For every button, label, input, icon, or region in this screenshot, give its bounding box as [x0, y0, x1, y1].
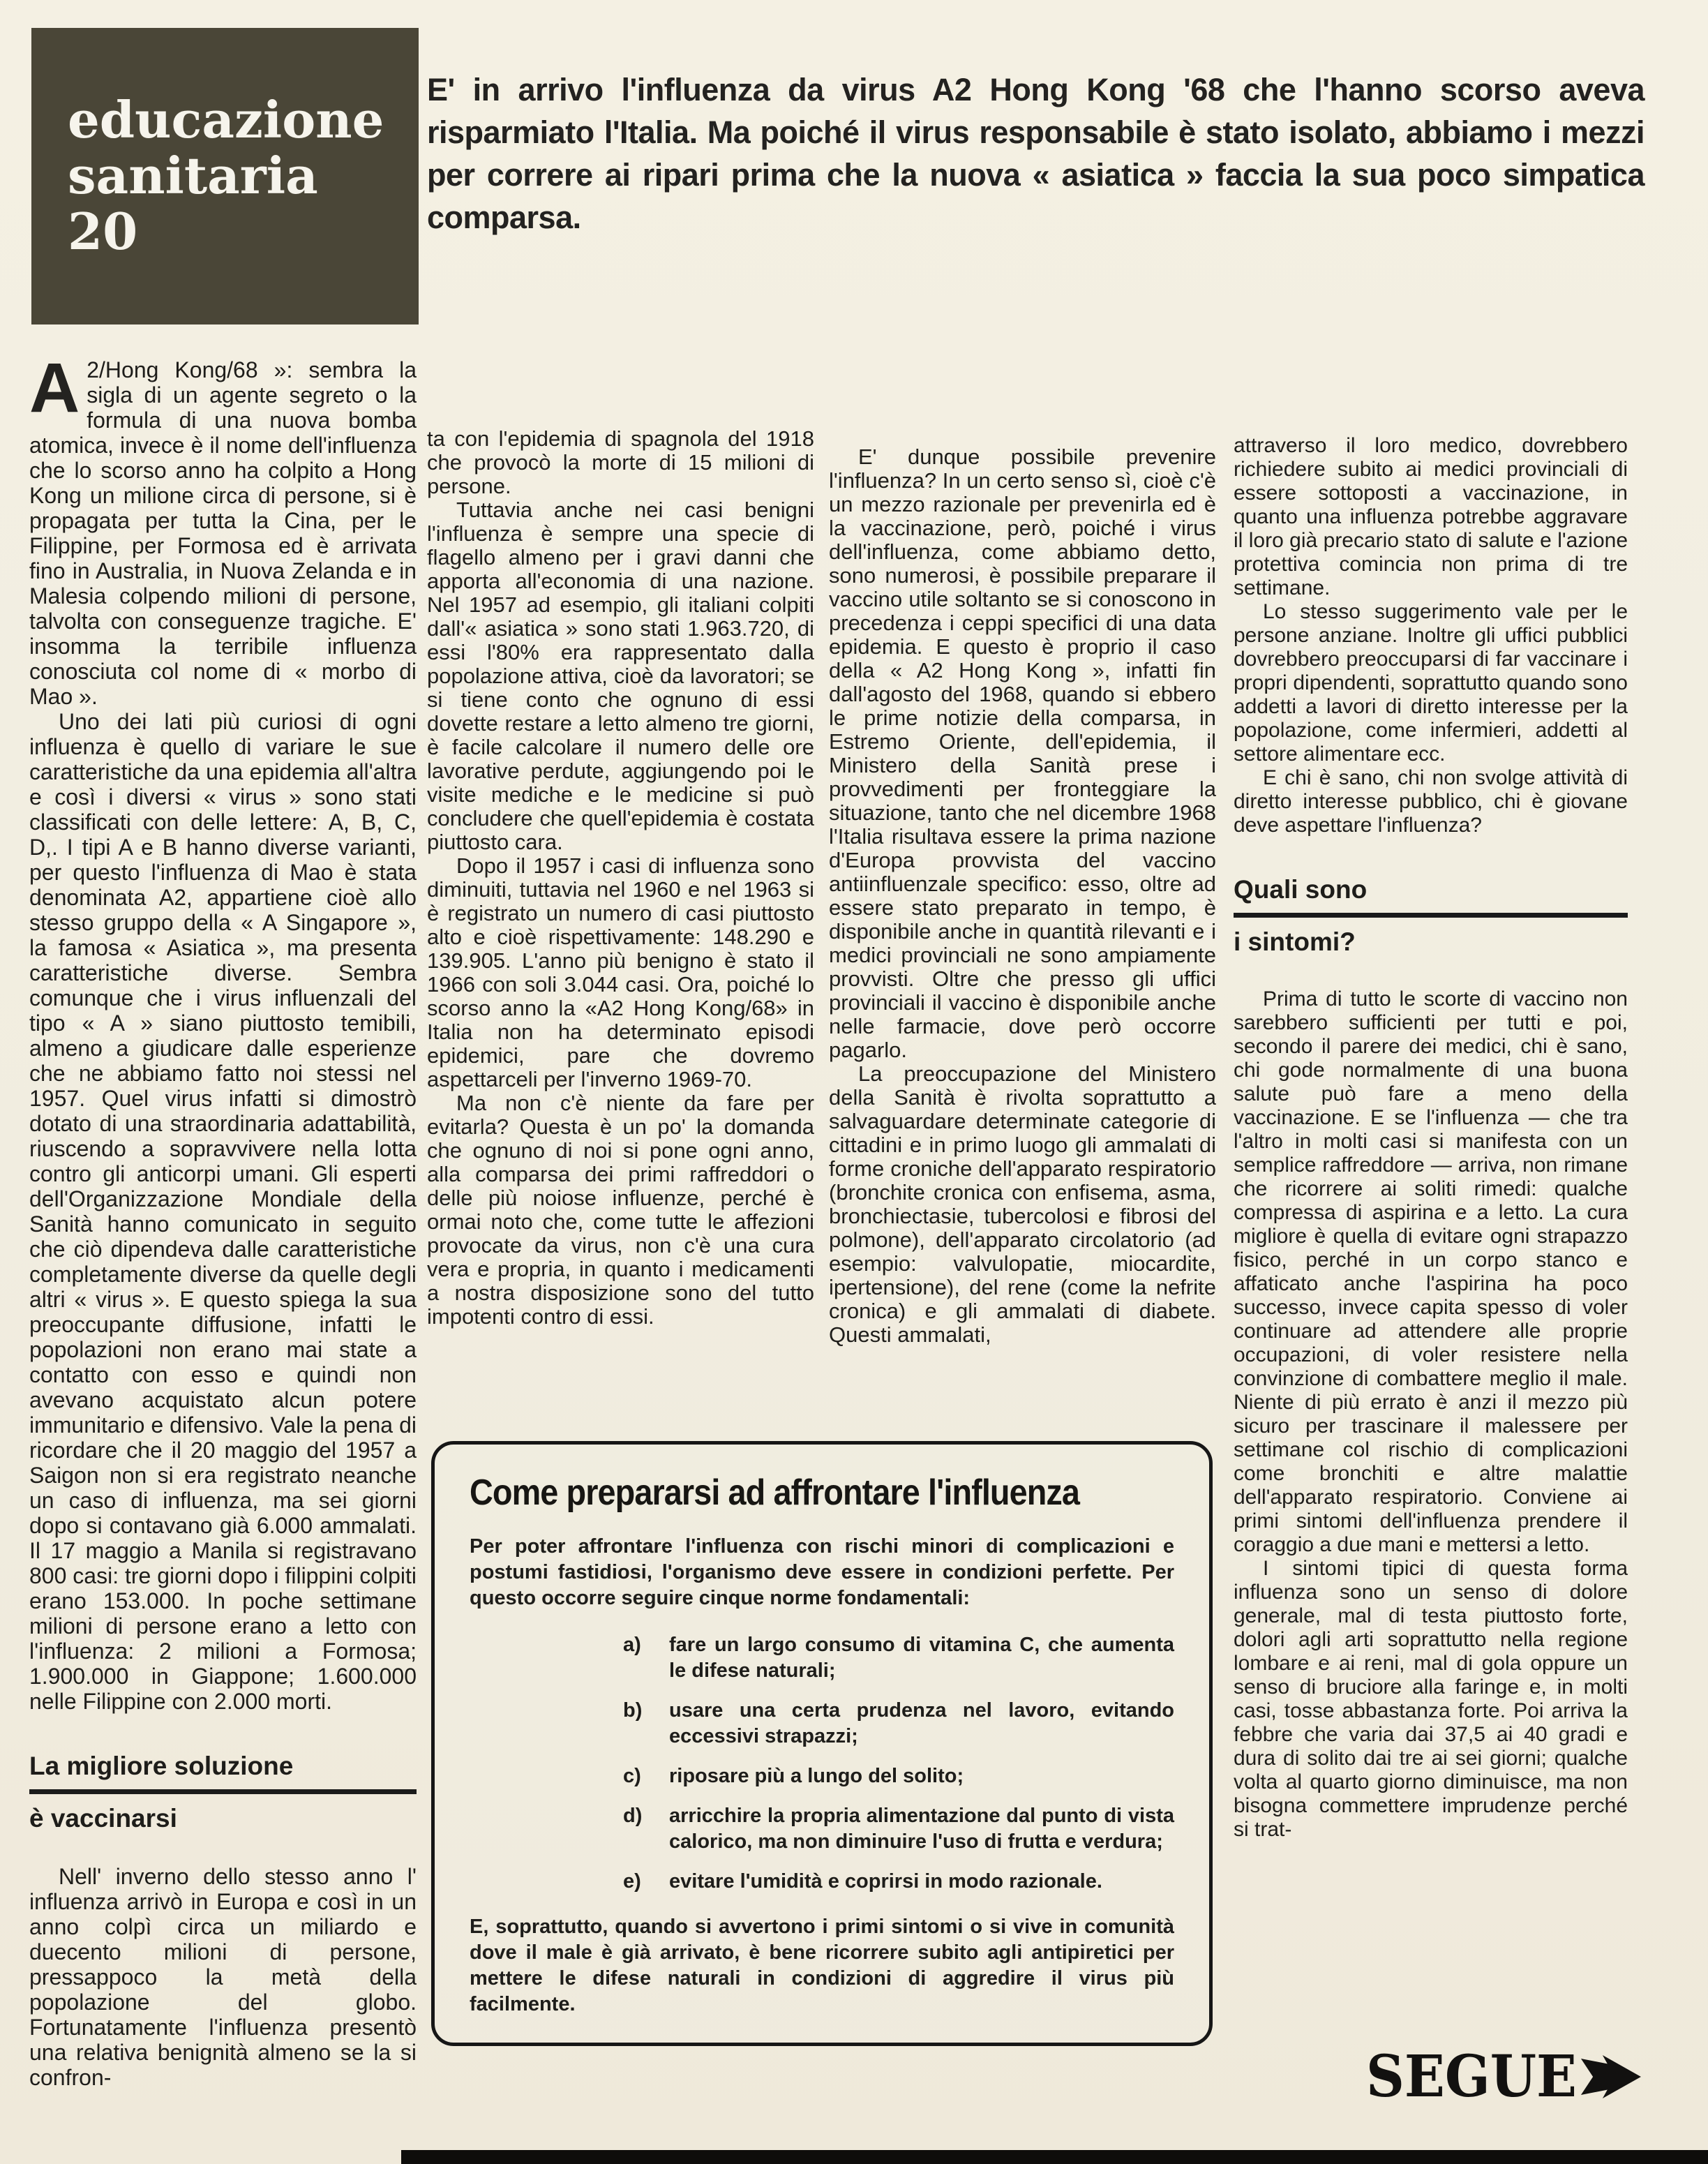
subheading-block: Quali sono i sintomi? [1234, 875, 1628, 957]
advice-box-intro: Per poter affrontare l'influenza con ris… [470, 1534, 1174, 1611]
segue-arrow-icon [1581, 2055, 1641, 2098]
paragraph: E' dunque possibile prevenire l'influenz… [829, 445, 1216, 1062]
heading-rule [29, 1789, 417, 1794]
subheading-title: Quali sono [1234, 875, 1628, 904]
list-item-label: a) [623, 1632, 669, 1684]
magazine-page: educazione sanitaria 20 E' in arrivo l'i… [0, 0, 1708, 2164]
paragraph: Tuttavia anche nei casi benigni l'influe… [427, 498, 814, 854]
subheading-subtitle: è vaccinarsi [29, 1804, 417, 1833]
paragraph: attraverso il loro medico, dovrebbero ri… [1234, 434, 1628, 600]
list-item: e) evitare l'umidità e coprirsi in modo … [623, 1869, 1174, 1895]
subheading-title: La migliore soluzione [29, 1752, 417, 1781]
paragraph: La preoccupazione del Ministero della Sa… [829, 1062, 1216, 1347]
list-item-label: b) [623, 1698, 669, 1749]
list-item-text: arricchire la propria alimentazione dal … [669, 1803, 1174, 1855]
list-item-text: riposare più a lungo del solito; [669, 1763, 1174, 1789]
advice-box: Come prepararsi ad affrontare l'influenz… [431, 1441, 1213, 2046]
paragraph: Ma non c'è niente da fare per evitarla? … [427, 1091, 814, 1329]
paragraph: E chi è sano, chi non svolge attività di… [1234, 766, 1628, 837]
list-item: d) arricchire la propria alimentazione d… [623, 1803, 1174, 1855]
paragraph: ta con l'epidemia di spagnola del 1918 c… [427, 427, 814, 498]
list-item-label: d) [623, 1803, 669, 1855]
segue-logo: SEGUE [1366, 2050, 1641, 2103]
column-3: E' dunque possibile prevenire l'influenz… [829, 445, 1216, 1347]
intro-standfirst: E' in arrivo l'influenza da virus A2 Hon… [427, 68, 1645, 239]
list-item-label: e) [623, 1869, 669, 1895]
paragraph: Nell' inverno dello stesso anno l' influ… [29, 1864, 417, 2090]
badge-line-1: educazione [68, 92, 419, 148]
paragraph: A2/Hong Kong/68 »: sembra la sigla di un… [29, 357, 417, 709]
column-4: attraverso il loro medico, dovrebbero ri… [1234, 434, 1628, 1842]
badge-number: 20 [68, 204, 419, 260]
scan-edge [401, 2150, 1708, 2164]
paragraph: Uno dei lati più curiosi di ogni influen… [29, 709, 417, 1714]
list-item-text: evitare l'umidità e coprirsi in modo raz… [669, 1869, 1174, 1895]
advice-box-closing: E, soprattutto, quando si avvertono i pr… [470, 1914, 1174, 2017]
list-item: a) fare un largo consumo di vitamina C, … [623, 1632, 1174, 1684]
badge-line-2: sanitaria [68, 148, 419, 204]
segue-label: SEGUE [1366, 2048, 1577, 2105]
heading-rule [1234, 913, 1628, 918]
paragraph: Dopo il 1957 i casi di influenza sono di… [427, 854, 814, 1091]
list-item-text: fare un largo consumo di vitamina C, che… [669, 1632, 1174, 1684]
list-item-label: c) [623, 1763, 669, 1789]
column-1: A2/Hong Kong/68 »: sembra la sigla di un… [29, 357, 417, 2090]
subheading-block: La migliore soluzione è vaccinarsi [29, 1752, 417, 1833]
advice-box-title: Come prepararsi ad affrontare l'influenz… [470, 1472, 1104, 1513]
drop-cap: A [29, 357, 87, 416]
paragraph: I sintomi tipici di questa forma influen… [1234, 1557, 1628, 1842]
column-2: ta con l'epidemia di spagnola del 1918 c… [427, 427, 814, 1329]
section-badge: educazione sanitaria 20 [31, 28, 419, 324]
list-item: c) riposare più a lungo del solito; [623, 1763, 1174, 1789]
list-item-text: usare una certa prudenza nel lavoro, evi… [669, 1698, 1174, 1749]
paragraph: Lo stesso suggerimento vale per le perso… [1234, 600, 1628, 766]
paragraph: Prima di tutto le scorte di vaccino non … [1234, 987, 1628, 1557]
list-item: b) usare una certa prudenza nel lavoro, … [623, 1698, 1174, 1749]
paragraph-text: 2/Hong Kong/68 »: sembra la sigla di un … [29, 357, 417, 709]
advice-list: a) fare un largo consumo di vitamina C, … [623, 1632, 1174, 1895]
subheading-subtitle: i sintomi? [1234, 927, 1628, 957]
